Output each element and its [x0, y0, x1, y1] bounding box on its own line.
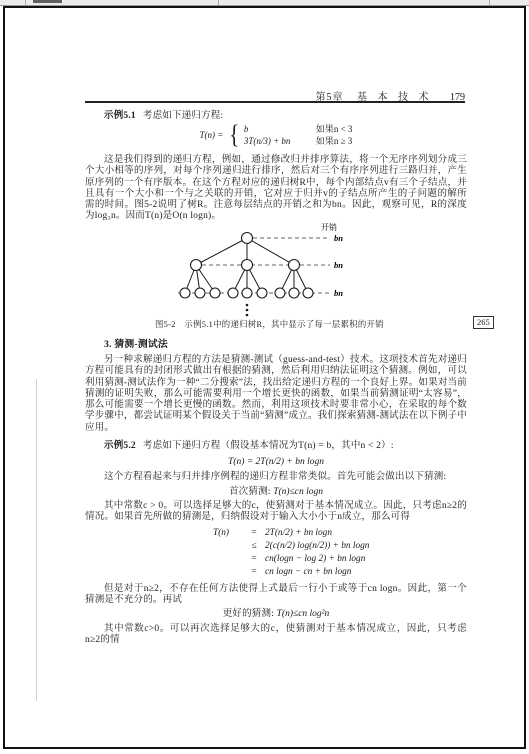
equation-row: = cn(logn − log 2) + bn logn [213, 553, 369, 566]
level-cost-label: bn [334, 260, 343, 270]
tree-node [242, 260, 253, 271]
eq-op: ≤ [243, 540, 265, 553]
eq-lhs: T(n) [213, 527, 243, 540]
equation-row: ≤ 2(c(n/2) log(n/2)) + bn logn [213, 540, 369, 553]
tree-leaf-node [289, 288, 299, 298]
chrome-divider [218, 0, 219, 5]
scan-artifact-line [36, 379, 37, 701]
tree-leaf-node [228, 288, 238, 298]
recurrence-formula-5-1: T(n) = { b 如果n < 3 3T(n/3) + bn 如果n ≥ 3 [85, 122, 467, 148]
example-5-1-text: 考虑如下递归方程: [143, 111, 223, 121]
header-rule [85, 101, 465, 103]
first-guess-label: 首次猜测: [229, 487, 271, 497]
tree-leaf-node [195, 288, 205, 298]
eq-lhs [213, 553, 243, 566]
eq-rhs: 2(c(n/2) log(n/2)) + bn logn [265, 540, 369, 553]
case1-cond: 如果n < 3 [316, 123, 353, 135]
paragraph-final-truncated: 其中常数c>0。可以再次选择足够大的c，使猜测对于基本情况成立，因此，只考虑n≥… [85, 624, 467, 647]
equation-row: = cn logn − cn + bn logn [213, 566, 369, 579]
eq-rhs: cn logn − cn + bn logn [265, 566, 369, 579]
example-5-1-label: 示例5.1 [104, 111, 136, 121]
cases: b 如果n < 3 3T(n/3) + bn 如果n ≥ 3 [244, 123, 353, 147]
page-frame: 第5章 基 本 技 术 179 示例5.1考虑如下递归方程: T(n) = { … [3, 6, 526, 749]
case2-cond: 如果n ≥ 3 [316, 135, 352, 147]
first-guess-line: 首次猜测: T(n)≤cn logn [85, 487, 467, 498]
paragraph-first-guess-fails: 但是对于n≥2，不存在任何方法使得上式最后一行小于或等于cn logn。因此，第… [85, 584, 467, 607]
paragraph-similar-to-mergesort: 这个方程看起来与归并排序例程的递归方程非常类似。首先可能会做出以下猜测: [85, 472, 467, 483]
cost-column-label: 开销 [321, 222, 337, 232]
first-guess-formula: T(n)≤cn logn [273, 487, 323, 497]
eq-op: = [243, 553, 265, 566]
margin-page-ref-badge: 265 [473, 316, 494, 329]
better-guess-formula: T(n)≤cn log²n [277, 609, 330, 619]
scrollbar-thumb[interactable] [33, 0, 62, 3]
tree-leaf-node [180, 288, 190, 298]
paragraph-constant-c: 其中常数c > 0。可以选择足够大的c，使猜测对于基本情况成立。因此，只考虑n≥… [85, 501, 467, 524]
eq-rhs: 2T(n/2) + bn logn [265, 527, 369, 540]
case2-expr: 3T(n/3) + bn [244, 135, 316, 147]
brace-glyph: { [230, 122, 240, 148]
better-guess-line: 更好的猜测: T(n)≤cn log²n [85, 609, 467, 620]
section-heading: 3. 猜测-测试法 [85, 339, 467, 350]
example-5-2-label: 示例5.2 [104, 441, 136, 451]
eq-rhs: cn(logn − log 2) + bn logn [265, 553, 369, 566]
ellipsis-dots [246, 304, 249, 317]
level-cost-label: bn [334, 233, 343, 243]
case1-expr: b [244, 123, 316, 135]
tree-leaf-node [242, 288, 252, 298]
recurrence-formula-5-2: T(n) = 2T(n/2) + bn logn [85, 457, 467, 468]
better-guess-label: 更好的猜测: [223, 609, 274, 619]
tree-leaf-node [257, 288, 267, 298]
scanned-book-page: { "header": { "chapter": "第5章", "section… [0, 0, 529, 754]
eq-lhs [213, 566, 243, 579]
derivation-block: T(n) = 2T(n/2) + bn logn ≤ 2(c(n/2) log(… [213, 527, 369, 579]
tree-leaf-node [275, 288, 285, 298]
case-row: b 如果n < 3 [244, 123, 353, 135]
tree-node [191, 260, 202, 271]
case-row: 3T(n/3) + bn 如果n ≥ 3 [244, 135, 353, 147]
eq-op: = [243, 527, 265, 540]
chrome-divider [25, 0, 26, 5]
tree-leaf-node [210, 288, 220, 298]
example-5-1-line: 示例5.1考虑如下递归方程: [85, 111, 467, 122]
tree-node [289, 260, 300, 271]
eq-op: = [243, 566, 265, 579]
example-5-2-line: 示例5.2考虑如下递归方程（假设基本情况为T(n) = b，其中n < 2）: [85, 441, 467, 452]
tree-root-node [242, 233, 253, 244]
chrome-divider [489, 0, 490, 5]
tree-leaf-node [303, 288, 313, 298]
example-5-2-text: 考虑如下递归方程（假设基本情况为T(n) = b，其中n < 2）: [143, 441, 394, 451]
formula-lhs: T(n) = [200, 129, 224, 141]
paragraph-guess-and-test: 另一种求解递归方程的方法是猜测-测试（guess-and-test）技术。这项技… [85, 355, 467, 434]
recursion-tree-figure: 开销 bn bn bn [155, 218, 365, 320]
eq-lhs [213, 540, 243, 553]
equation-row: T(n) = 2T(n/2) + bn logn [213, 527, 369, 540]
figure-caption: 图5-2 示例5.1中的递归树R，其中显示了每一层累积的开销 [155, 318, 384, 330]
paragraph-recurrence-discussion: 这是我们得到的递归方程，例如，通过修改归并排序算法，将一个无序序列划分成三个大小… [85, 155, 467, 223]
level-cost-label: bn [334, 288, 343, 298]
